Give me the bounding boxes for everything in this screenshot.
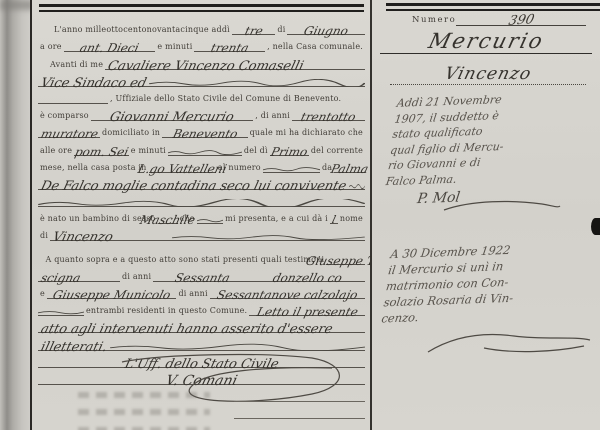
numero-label: Numero bbox=[412, 15, 456, 26]
act-line-3: Avanti di me Cavaliere Vincenzo Comasell… bbox=[38, 52, 365, 69]
ink-blot bbox=[591, 218, 600, 235]
scanned-birth-record: { "margin": { "numero_label": "Numero", … bbox=[0, 0, 600, 430]
top-double-rule bbox=[386, 3, 600, 11]
act-line-10: De Falco moglie contadina seco lui convi… bbox=[38, 173, 365, 190]
act-line-14: A quanto sopra e a questo atto sono stat… bbox=[38, 247, 365, 264]
printed-text: di anni bbox=[176, 289, 209, 299]
act-line-1: L'anno milleottocentonovantacinque addì … bbox=[38, 18, 365, 35]
act-line-17: entrambi residenti in questo Comune. Let… bbox=[38, 299, 365, 316]
printed-text: di bbox=[275, 25, 287, 35]
bleedthrough-smudge bbox=[78, 409, 210, 415]
numero-row: Numero 390 bbox=[412, 13, 586, 26]
printed-text: , di anni bbox=[253, 111, 292, 121]
act-line-9: mese, nella casa posta in L.go Vattellen… bbox=[38, 156, 365, 173]
act-line-13: di Vincenzo bbox=[38, 224, 365, 241]
annotation-1907-signature-flourish bbox=[442, 198, 562, 216]
act-line-4: Vice Sindaco ed bbox=[38, 70, 365, 87]
bleedthrough-smudge bbox=[78, 427, 210, 430]
empty-ruled-line bbox=[38, 402, 365, 419]
annotation-line: cenzo. bbox=[380, 306, 512, 327]
act-line-15: scigna di anni Sessanta donzello co bbox=[38, 265, 365, 282]
act-line-5: , Uffiziale dello Stato Civile del Comun… bbox=[38, 87, 365, 104]
act-line-16: e Giuseppe Municolo di anni Sessantanove… bbox=[38, 282, 365, 299]
empty-ruled-line bbox=[38, 385, 365, 402]
handwritten-child-name: Vincenzo bbox=[49, 233, 117, 242]
bleedthrough-smudge bbox=[78, 392, 210, 398]
scan-gutter bbox=[0, 0, 30, 430]
annotation-line: Falco Palma. bbox=[385, 170, 500, 190]
act-line-11-filler bbox=[38, 190, 365, 207]
margin-annotation-1922: A 30 Dicembre 1922 il Mercurio si unì in… bbox=[380, 242, 521, 327]
surname-text: Mercurio bbox=[425, 37, 548, 46]
numero-blank: 390 bbox=[456, 13, 586, 26]
act-line-12: è nato un bambino di sesso Maschile che … bbox=[38, 207, 365, 224]
act-column: L'anno milleottocentonovantacinque addì … bbox=[30, 0, 372, 430]
act-line-18: atto agli intervenuti hanno asserito d'e… bbox=[38, 316, 365, 333]
margin-column: Numero 390 Mercurio Vincenzo Addì 21 Nov… bbox=[372, 0, 600, 430]
printed-text: a ore bbox=[38, 42, 64, 52]
filler-squiggle bbox=[149, 79, 365, 87]
given-name-text: Vincenzo bbox=[441, 70, 535, 79]
empty-ruled-line bbox=[38, 419, 365, 430]
record-surname: Mercurio bbox=[380, 33, 592, 54]
annotation-1922-signature-flourish bbox=[424, 326, 594, 362]
act-line-2: a ore ant. Dieci e minuti trenta , nella… bbox=[38, 35, 365, 52]
numero-value: 390 bbox=[507, 12, 536, 29]
record-given-name: Vincenzo bbox=[390, 64, 586, 85]
act-line-8: alle ore pom. Sei e minuti del dì Primo … bbox=[38, 138, 365, 155]
act-line-6: è comparso Giovanni Mercurio , di anni t… bbox=[38, 104, 365, 121]
printed-text: alle ore bbox=[38, 146, 74, 156]
act-line-7: muratore domiciliato in Benevento quale … bbox=[38, 121, 365, 138]
act-line-19: illetterati. bbox=[38, 333, 365, 350]
top-double-rule bbox=[39, 4, 364, 12]
scan-corner-smudge bbox=[0, 0, 34, 10]
filler-squiggle bbox=[172, 233, 365, 241]
margin-annotation-1907: Addì 21 Novembre 1907, il suddetto è sta… bbox=[382, 92, 511, 209]
